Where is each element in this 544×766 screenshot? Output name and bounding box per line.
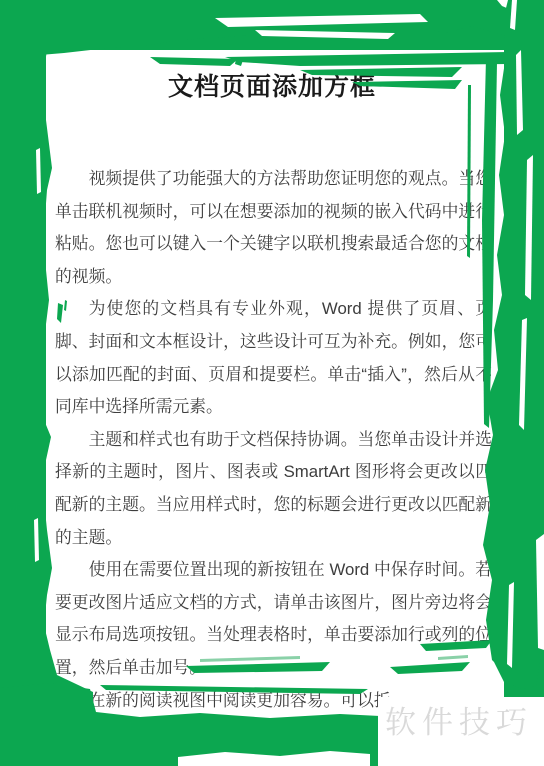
watermark-box: 软件技巧 xyxy=(378,697,544,766)
watermark-text: 软件技巧 xyxy=(378,697,544,740)
paragraph: 为使您的文档具有专业外观，Word 提供了页眉、页脚、封面和文本框设计，这些设计… xyxy=(55,293,492,423)
document-title: 文档页面添加方框 xyxy=(0,72,544,104)
document-page-canvas: 文档页面添加方框 视频提供了功能强大的方法帮助您证明您的观点。当您单击联机视频时… xyxy=(0,0,544,766)
paragraph: 使用在需要位置出现的新按钮在 Word 中保存时间。若要更改图片适应文档的方式，… xyxy=(55,554,492,684)
paragraph: 视频提供了功能强大的方法帮助您证明您的观点。当您单击联机视频时，可以在想要添加的… xyxy=(55,163,492,293)
document-body: 视频提供了功能强大的方法帮助您证明您的观点。当您单击联机视频时，可以在想要添加的… xyxy=(55,163,492,717)
paragraph: 主题和样式也有助于文档保持协调。当您单击设计并选择新的主题时，图片、图表或 Sm… xyxy=(55,424,492,554)
